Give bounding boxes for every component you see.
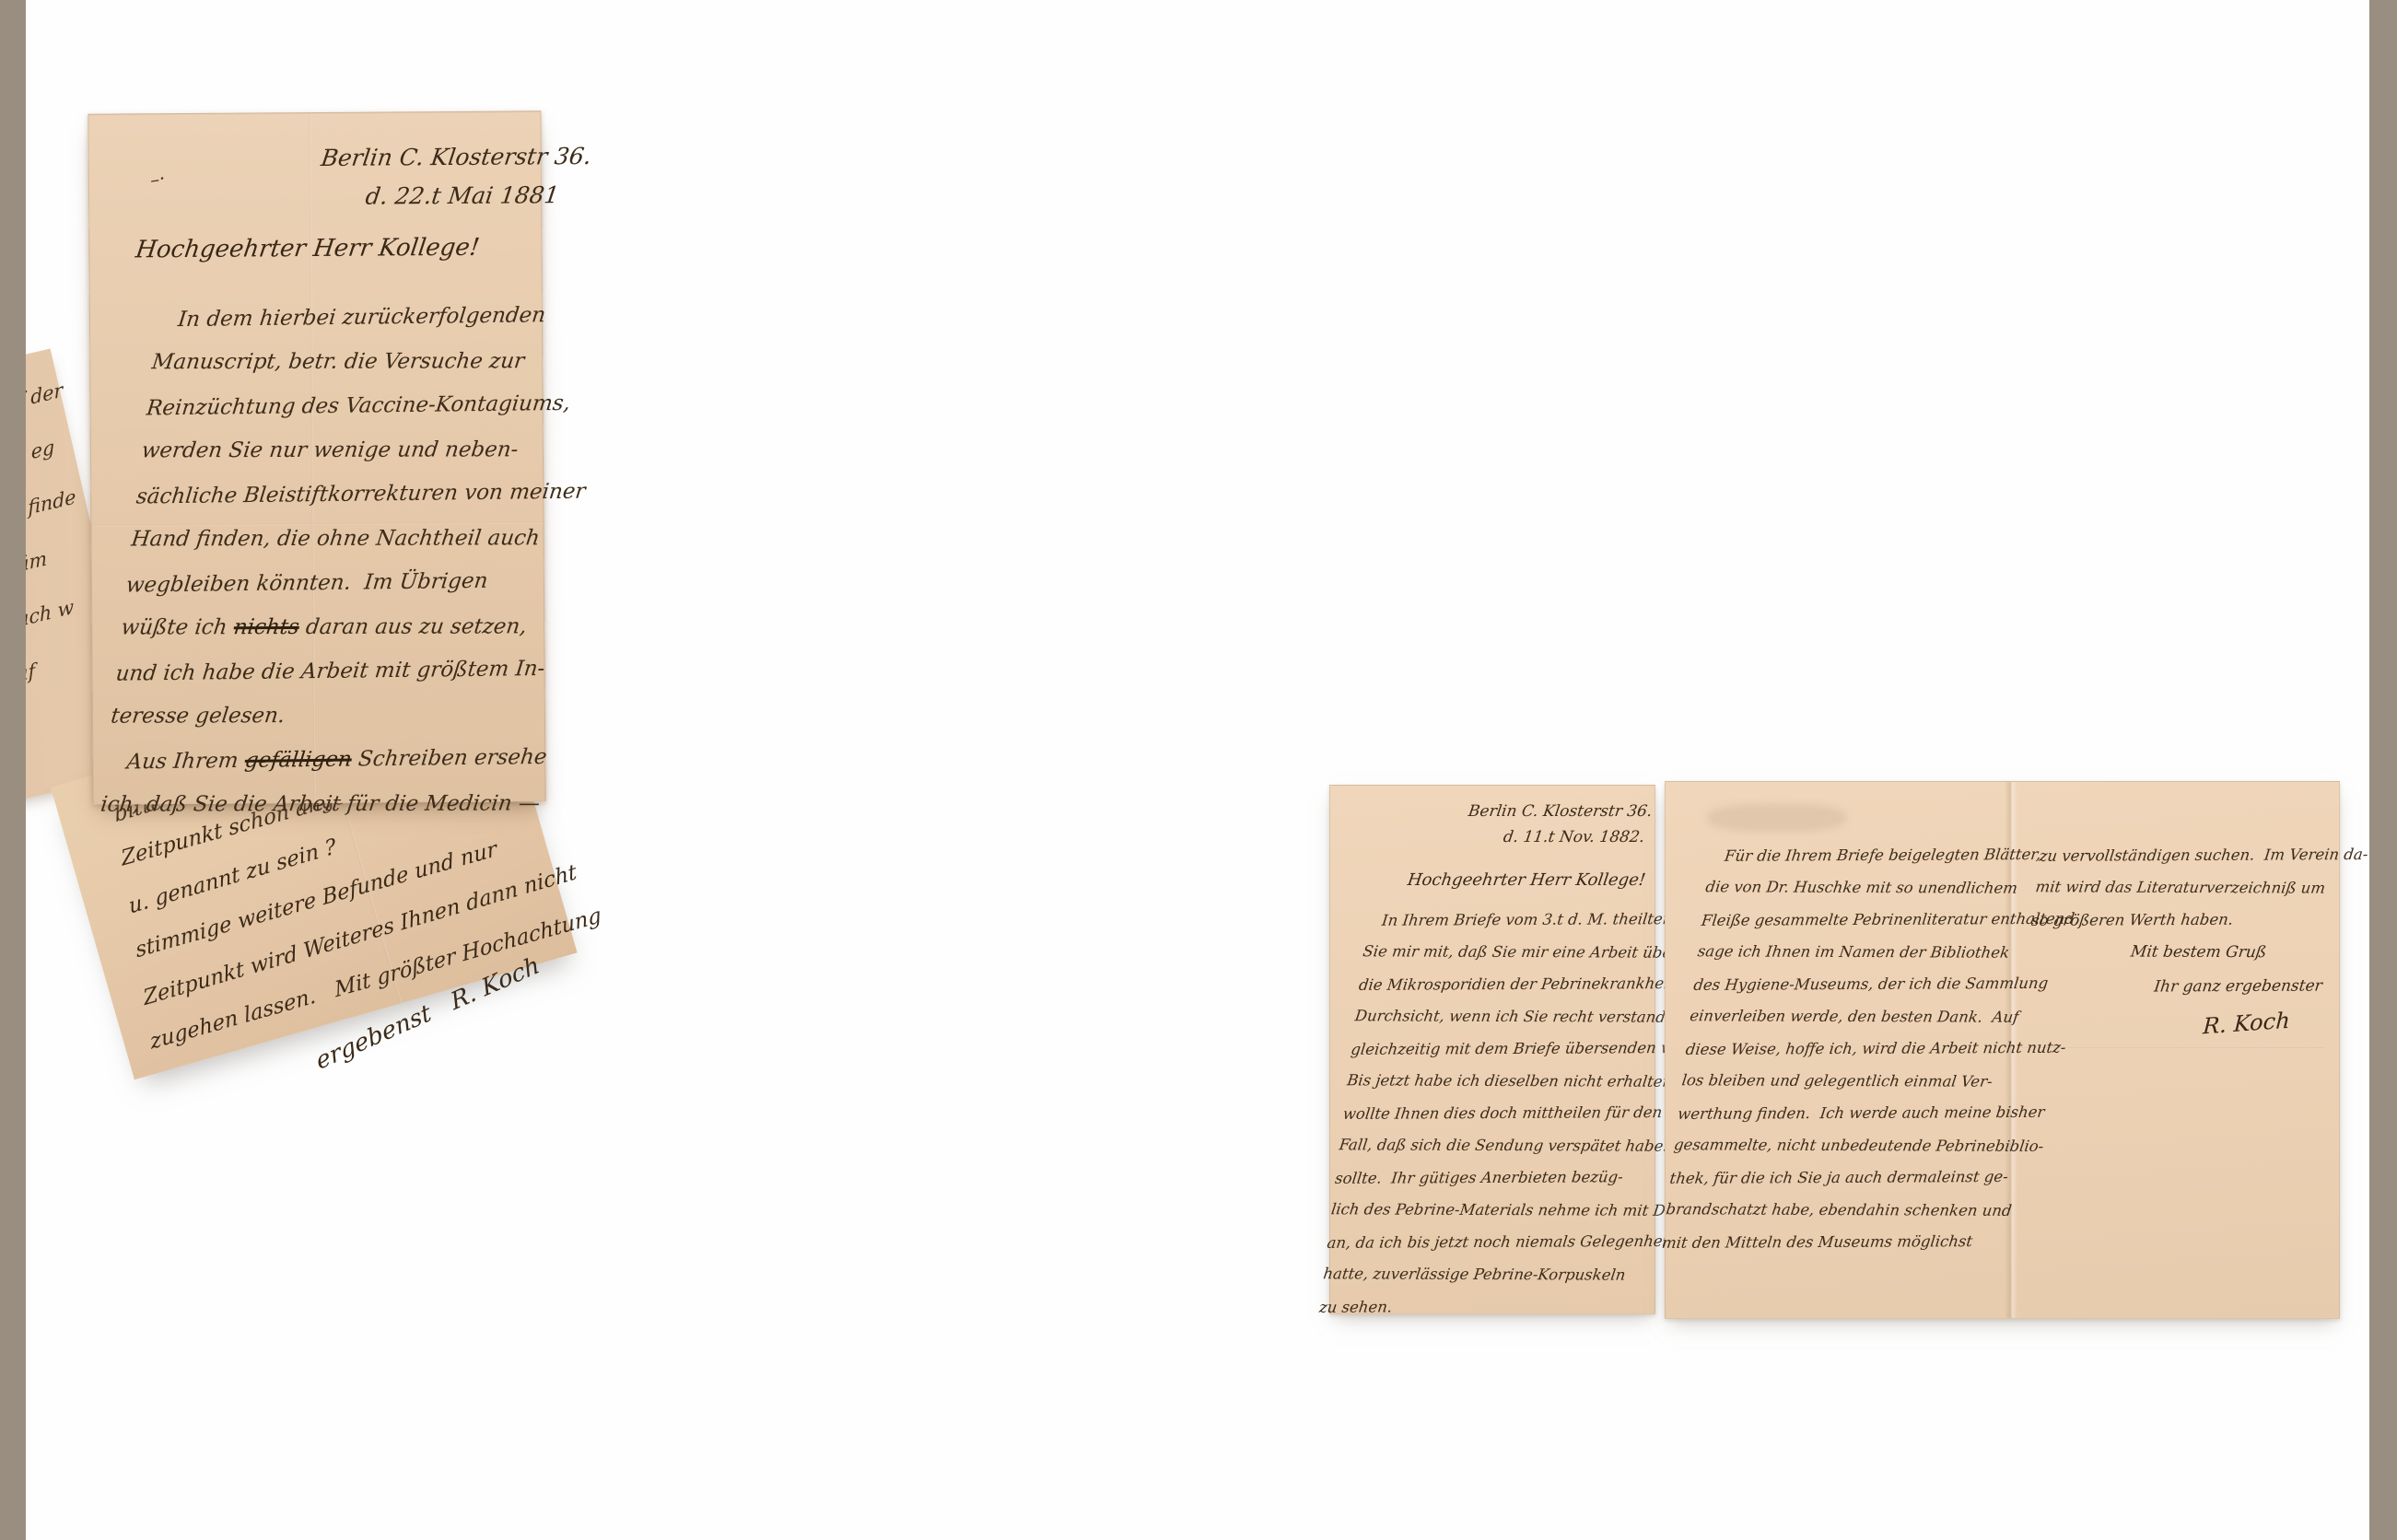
handwritten-line: Hand finden, die ohne Nachtheil auch [129, 516, 544, 561]
handwritten-line: die von Dr. Huschke mit so unendlichem [1703, 870, 2022, 904]
letter-body: In dem hierbei zurückerfolgendenManuscri… [98, 294, 569, 828]
letter-1882-page1: Berlin C. Klosterstr 36. d. 11.t Nov. 18… [1329, 785, 1655, 1314]
photo-canvas: auf derls | egzu findeRümnach wJufü bitt… [0, 0, 2397, 1540]
right-margin-bar [2369, 0, 2397, 1540]
handwritten-line: Aus Ihrem gefälligen Schreiben ersehe [103, 735, 519, 784]
struck-word: gefälligen [243, 748, 353, 773]
handwritten-line: brandschatzt habe, ebendahin schenken un… [1664, 1193, 1982, 1226]
handwritten-line: Reinzüchtung des Vaccine-Kontagiums, [144, 381, 559, 430]
handwritten-line: In dem hierbei zurückerfolgenden [155, 293, 570, 342]
date-line: d. 22.t Mai 1881 [364, 181, 561, 209]
handwritten-line: gleichzeitig mit dem Briefe übersenden w… [1349, 1032, 1656, 1066]
handwritten-line: einverleiben werde, den besten Dank. Auf [1688, 999, 2006, 1032]
left-margin-bar [0, 0, 26, 1540]
ink-mark: –· [148, 167, 167, 191]
handwritten-line: werthung finden. Ich werde auch meine bi… [1676, 1096, 1994, 1130]
handwritten-line: hatte, zuverlässige Pebrine-Korpuskeln [1321, 1257, 1629, 1290]
address-line: Berlin C. Klosterstr 36. [320, 143, 593, 171]
ink-smudge [1708, 804, 1846, 832]
handwritten-line: Manuscript, betr. die Versuche zur [149, 339, 565, 384]
handwritten-line: werden Sie nur wenige und neben- [139, 427, 555, 472]
handwritten-line: wegbleiben könnten. Im Übrigen [123, 558, 539, 607]
handwritten-line: sollte. Ihr gütiges Anerbieten bezüg- [1333, 1161, 1641, 1195]
handwritten-line: und ich habe die Arbeit mit größtem In- [113, 647, 529, 695]
handwritten-line: Bis jetzt habe ich dieselben nicht erhal… [1345, 1064, 1653, 1097]
handwritten-line: des Hygiene-Museums, der ich die Sammlun… [1691, 967, 2010, 1001]
handwritten-line: ich, daß Sie die Arbeit für die Medicin … [98, 781, 513, 826]
address-line: Berlin C. Klosterstr 36. [1467, 802, 1654, 821]
handwritten-line: diese Weise, hoffe ich, wird die Arbeit … [1684, 1032, 2003, 1066]
closing-salute: Mit bestem Gruß [2129, 936, 2330, 971]
handwritten-line: In Ihrem Briefe vom 3.t d. M. theilten [1365, 903, 1673, 937]
handwritten-line: wollte Ihnen dies doch mittheilen für de… [1341, 1096, 1649, 1130]
fold-crease [2020, 1047, 2324, 1049]
handwritten-line: wüßte ich nichts daran aus zu setzen, [119, 604, 534, 649]
handwritten-line: Durchsicht, wenn ich Sie recht verstande… [1353, 999, 1661, 1032]
letter-body: zu vervollständigen suchen. Im Verein da… [2029, 839, 2341, 936]
handwritten-line: los bleiben und gelegentlich einmal Ver- [1680, 1064, 1999, 1097]
struck-word: nichts [232, 615, 300, 639]
handwritten-line: mit den Mitteln des Museums möglichst [1660, 1225, 1979, 1259]
handwritten-line: zu sehen. [1317, 1289, 1625, 1324]
handwritten-line: mit wird das Literaturverzeichniß um [2033, 870, 2336, 904]
handwritten-line: thek, für die ich Sie ja auch dermaleins… [1668, 1161, 1987, 1195]
handwritten-line: sächliche Bleistiftkorrekturen von meine… [134, 470, 549, 519]
closing-sender: Ihr ganz ergebenster [2152, 970, 2324, 1005]
handwritten-line: Sie mir mit, daß Sie mir eine Arbeit übe… [1361, 935, 1668, 968]
handwritten-line: teresse gelesen. [109, 693, 524, 738]
letter-1881-first-page: –· Berlin C. Klosterstr 36. d. 22.t Mai … [88, 111, 545, 804]
handwritten-line: lich des Pebrine-Materials nehme ich mit… [1329, 1193, 1637, 1226]
handwritten-line: die Mikrosporidien der Pebrinekrankheit … [1357, 967, 1665, 1001]
handwritten-line: so größeren Werth haben. [2029, 903, 2333, 937]
letter-body: In Ihrem Briefe vom 3.t d. M. theiltenSi… [1317, 904, 1673, 1323]
salutation: Hochgeehrter Herr Kollege! [134, 234, 481, 264]
handwritten-line: Fleiße gesammelte Pebrinenliteratur enth… [1700, 903, 2018, 937]
handwritten-line: gesammelte, nicht unbedeutende Pebrinebi… [1672, 1128, 1991, 1161]
handwritten-line: an, da ich bis jetzt noch niemals Gelege… [1326, 1225, 1633, 1259]
letter-1882-bifold: Für die Ihrem Briefe beigelegten Blätter… [1665, 781, 2340, 1319]
handwritten-line: Fall, daß sich die Sendung verspätet hab… [1338, 1128, 1645, 1161]
salutation: Hochgeehrter Herr Kollege! [1407, 870, 1647, 890]
handwritten-line: sage ich Ihnen im Namen der Bibliothek [1696, 935, 2015, 968]
date-line: d. 11.t Nov. 1882. [1503, 828, 1646, 846]
handwritten-line: Für die Ihrem Briefe beigelegten Blätter… [1708, 838, 2027, 872]
signature: R. Koch [2203, 1006, 2320, 1040]
handwritten-line: zu vervollständigen suchen. Im Verein da… [2038, 838, 2341, 872]
letter-1882-page2-body: Für die Ihrem Briefe beigelegten Blätter… [1660, 839, 2027, 1258]
letter-1882-page3: zu vervollständigen suchen. Im Verein da… [2017, 839, 2341, 1035]
